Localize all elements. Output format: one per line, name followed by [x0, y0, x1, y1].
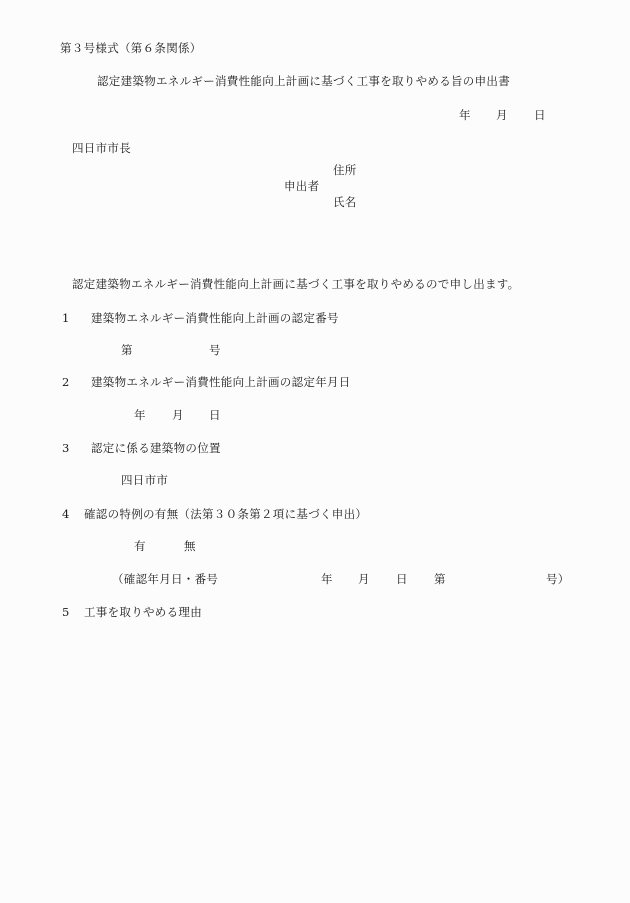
item-5-number: 5: [62, 605, 70, 619]
item-1-label: 建築物エネルギー消費性能向上計画の認定番号: [91, 311, 339, 325]
confirmation-number-prefix: 第: [434, 572, 446, 586]
item-2-day: 日: [209, 408, 221, 422]
document-title: 認定建築物エネルギー消費性能向上計画に基づく工事を取りやめる旨の申出書: [97, 74, 510, 88]
item-5-label: 工事を取りやめる理由: [84, 605, 202, 619]
confirmation-year: 年: [321, 572, 333, 586]
item-4-label: 確認の特例の有無（法第３０条第２項に基づく申出）: [84, 507, 367, 521]
addressee: 四日市市長: [72, 141, 131, 155]
item-2-month: 月: [172, 408, 184, 422]
statement: 認定建築物エネルギー消費性能向上計画に基づく工事を取りやめるので申し出ます。: [72, 277, 519, 291]
item-1-prefix: 第: [121, 343, 133, 357]
item-4-number: 4: [62, 507, 70, 521]
item-1-number: 1: [62, 311, 70, 325]
applicant-address-label: 住所: [333, 163, 357, 177]
form-label: 第３号様式（第６条関係）: [60, 41, 202, 55]
date-day-label: 日: [534, 108, 546, 122]
applicant-name-label: 氏名: [333, 195, 357, 209]
date-month-label: 月: [496, 108, 508, 122]
date-year-label: 年: [459, 108, 471, 122]
confirmation-number-suffix: 号）: [546, 572, 570, 586]
confirmation-month: 月: [358, 572, 370, 586]
option-no: 無: [184, 539, 196, 553]
confirmation-day: 日: [396, 572, 408, 586]
item-3-value: 四日市市: [121, 473, 168, 487]
item-3-number: 3: [62, 441, 70, 455]
item-3-label: 認定に係る建築物の位置: [91, 441, 221, 455]
applicant-label: 申出者: [284, 179, 319, 193]
item-2-label: 建築物エネルギー消費性能向上計画の認定年月日: [91, 375, 351, 389]
option-yes: 有: [134, 539, 146, 553]
confirmation-label: （確認年月日・番号: [112, 572, 218, 586]
item-1-suffix: 号: [209, 343, 221, 357]
item-2-year: 年: [134, 408, 146, 422]
item-2-number: 2: [62, 375, 70, 389]
